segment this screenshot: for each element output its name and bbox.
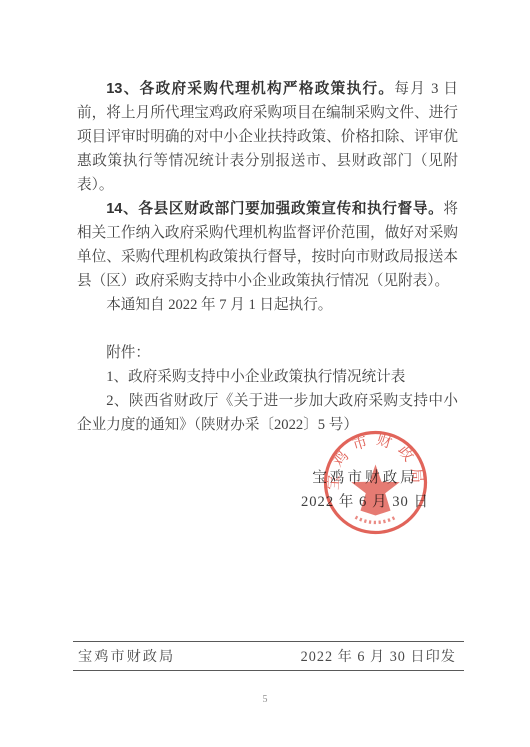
- paragraph-14-heading: 14、各县区财政部门要加强政策宣传和执行督导。: [106, 201, 443, 217]
- paragraph-13: 13、各政府采购代理机构严格政策执行。每月 3 日前，将上月所代理宝鸡政府采购项…: [77, 77, 458, 197]
- attachments-section: 附件： 1、政府采购支持中小企业政策执行情况统计表 2、陕西省财政厅《关于进一步…: [77, 341, 458, 437]
- seal-serial-marks: [356, 517, 396, 522]
- page-number: 5: [0, 694, 530, 705]
- paragraph-13-heading: 13、各政府采购代理机构严格政策执行。: [106, 81, 394, 97]
- attachment-item-2: 2、陕西省财政厅《关于进一步加大政府采购支持中小企业力度的通知》（陕财办采〔20…: [77, 389, 458, 437]
- attachments-label: 附件：: [77, 341, 458, 365]
- footer-issuer: 宝鸡市财政局: [78, 646, 175, 666]
- document-page: 13、各政府采购代理机构严格政策执行。每月 3 日前，将上月所代理宝鸡政府采购项…: [0, 0, 530, 747]
- effective-date-line: 本通知自 2022 年 7 月 1 日起执行。: [77, 293, 458, 317]
- signature-date: 2022 年 6 月 30 日: [272, 490, 458, 514]
- signature-org: 宝鸡市财政局: [272, 466, 458, 490]
- attachment-item-1: 1、政府采购支持中小企业政策执行情况统计表: [77, 365, 458, 389]
- paragraph-13-text: 每月 3 日前，将上月所代理宝鸡政府采购项目在编制采购文件、进行项目评审时明确的…: [77, 81, 458, 193]
- footer-colophon: 宝鸡市财政局 2022 年 6 月 30 日印发: [73, 641, 464, 671]
- footer-print-date: 2022 年 6 月 30 日印发: [301, 646, 456, 666]
- document-body: 13、各政府采购代理机构严格政策执行。每月 3 日前，将上月所代理宝鸡政府采购项…: [77, 77, 458, 437]
- paragraph-14: 14、各县区财政部门要加强政策宣传和执行督导。将相关工作纳入政府采购代理机构监督…: [77, 197, 458, 293]
- signature-block: 宝鸡市财政局 2022 年 6 月 30 日: [272, 466, 458, 514]
